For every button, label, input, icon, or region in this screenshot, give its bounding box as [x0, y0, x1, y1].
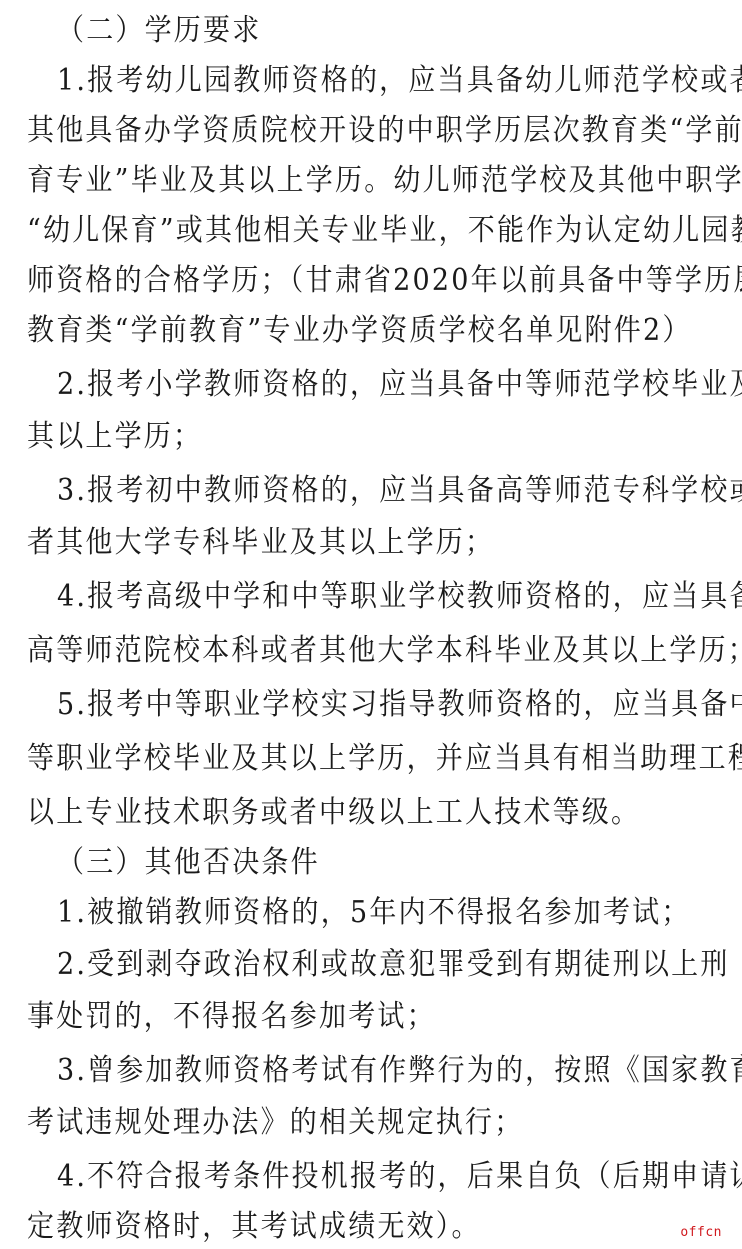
paragraph-line: 2.报考小学教师资格的，应当具备中等师范学校毕业及 — [57, 366, 742, 404]
paragraph-line: 考试违规处理办法》的相关规定执行； — [27, 1104, 727, 1142]
paragraph-line: “幼儿保育”或其他相关专业毕业，不能作为认定幼儿园教 — [27, 212, 727, 250]
paragraph-line: 以上专业技术职务或者中级以上工人技术等级。 — [27, 794, 727, 832]
paragraph-line: 其他具备办学资质院校开设的中职学历层次教育类“学前教 — [27, 112, 727, 150]
paragraph-line: 4.报考高级中学和中等职业学校教师资格的，应当具备 — [57, 578, 742, 616]
section-heading-other-veto: （三）其他否决条件 — [57, 844, 742, 882]
section-heading-education: （二）学历要求 — [57, 12, 742, 50]
offcn-watermark: offcn — [680, 1225, 722, 1240]
document-page: （二）学历要求 1.报考幼儿园教师资格的，应当具备幼儿师范学校或者 其他具备办学… — [0, 0, 742, 1249]
paragraph-line: 2.受到剥夺政治权利或故意犯罪受到有期徒刑以上刑 — [57, 946, 742, 984]
paragraph-line: 者其他大学专科毕业及其以上学历； — [27, 524, 727, 562]
paragraph-line: 3.曾参加教师资格考试有作弊行为的，按照《国家教育 — [57, 1052, 742, 1090]
paragraph-line: 5.报考中等职业学校实习指导教师资格的，应当具备中 — [57, 686, 742, 724]
paragraph-line: 3.报考初中教师资格的，应当具备高等师范专科学校或 — [57, 472, 742, 510]
paragraph-line: 其以上学历； — [27, 418, 727, 456]
paragraph-line: 等职业学校毕业及其以上学历，并应当具有相当助理工程师 — [27, 740, 727, 778]
paragraph-line: 定教师资格时，其考试成绩无效）。 — [27, 1208, 727, 1246]
paragraph-line: 教育类“学前教育”专业办学资质学校名单见附件2） — [27, 312, 727, 350]
paragraph-line: 4.不符合报考条件投机报考的，后果自负（后期申请认 — [57, 1158, 742, 1196]
paragraph-line: 1.被撤销教师资格的，5年内不得报名参加考试； — [57, 894, 742, 932]
paragraph-line: 高等师范院校本科或者其他大学本科毕业及其以上学历； — [27, 632, 727, 670]
paragraph-line: 1.报考幼儿园教师资格的，应当具备幼儿师范学校或者 — [57, 62, 742, 100]
paragraph-line: 师资格的合格学历；（甘肃省2020年以前具备中等学历层次 — [27, 262, 727, 300]
paragraph-line: 育专业”毕业及其以上学历。幼儿师范学校及其他中职学校 — [27, 162, 727, 200]
paragraph-line: 事处罚的，不得报名参加考试； — [27, 998, 727, 1036]
